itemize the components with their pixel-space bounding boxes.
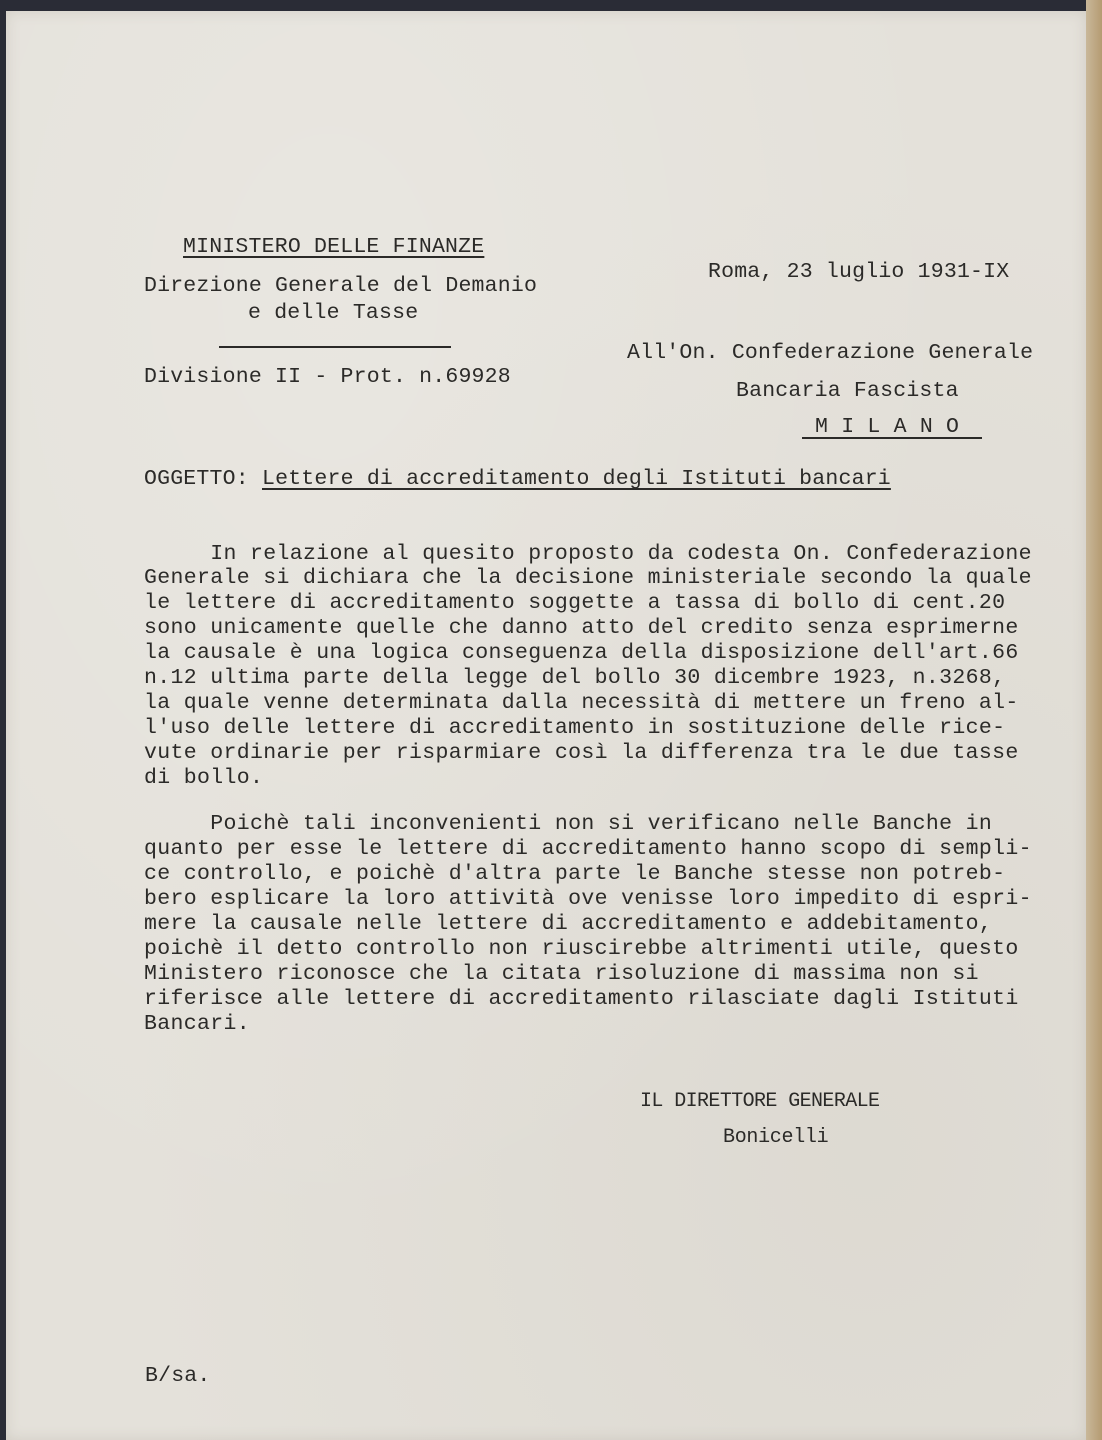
- body-line: sono unicamente quelle che danno atto de…: [144, 616, 1019, 640]
- typist-initials: B/sa.: [145, 1366, 211, 1388]
- body-line: riferisce alle lettere di accreditamento…: [144, 987, 1019, 1011]
- body-line: quanto per esse le lettere di accreditam…: [144, 837, 1032, 861]
- signature-title: IL DIRETTORE GENERALE: [640, 1092, 879, 1112]
- place-date: Roma, 23 luglio 1931-IX: [708, 262, 1009, 284]
- body-line: la causale è una logica conseguenza dell…: [144, 641, 1019, 665]
- department-line-1: Direzione Generale del Demanio: [144, 276, 537, 298]
- subject-label: OGGETTO:: [144, 469, 249, 491]
- ministry-heading: MINISTERO DELLE FINANZE: [183, 237, 484, 259]
- letterhead-divider: [219, 346, 451, 348]
- department-line-2: e delle Tasse: [248, 303, 418, 325]
- recipient-line-1: All'On. Confederazione Generale: [627, 343, 1033, 365]
- body-line: le lettere di accreditamento soggette a …: [144, 591, 1005, 615]
- body-line: l'uso delle lettere di accreditamento in…: [144, 716, 1005, 740]
- body-line: In relazione al quesito proposto da code…: [144, 542, 1032, 566]
- page-edge: [1086, 0, 1102, 1440]
- recipient-city: M I L A N O: [815, 417, 959, 439]
- body-line: Generale si dichiara che la decisione mi…: [144, 566, 1032, 590]
- body-line: ce controllo, e poichè d'altra parte le …: [144, 862, 1005, 886]
- subject-text: Lettere di accreditamento degli Istituti…: [262, 469, 891, 491]
- body-line: n.12 ultima parte della legge del bollo …: [144, 666, 1005, 690]
- body-line: Ministero riconosce che la citata risolu…: [144, 962, 979, 986]
- body-line: Poichè tali inconvenienti non si verific…: [144, 812, 992, 836]
- body-line: la quale venne determinata dalla necessi…: [144, 691, 1019, 715]
- body-line: mere la causale nelle lettere di accredi…: [144, 912, 992, 936]
- body-line: poichè il detto controllo non riuscirebb…: [144, 937, 1019, 961]
- body-line: Bancari.: [144, 1012, 250, 1036]
- body-line: bero esplicare la loro attività ove veni…: [144, 887, 1032, 911]
- body-line: vute ordinarie per risparmiare così la d…: [144, 741, 1019, 765]
- recipient-line-2: Bancaria Fascista: [736, 381, 959, 403]
- division-protocol: Divisione II - Prot. n.69928: [144, 367, 511, 389]
- body-line: di bollo.: [144, 766, 263, 790]
- city-underline: [802, 437, 982, 439]
- signature-name: Bonicelli: [723, 1128, 828, 1148]
